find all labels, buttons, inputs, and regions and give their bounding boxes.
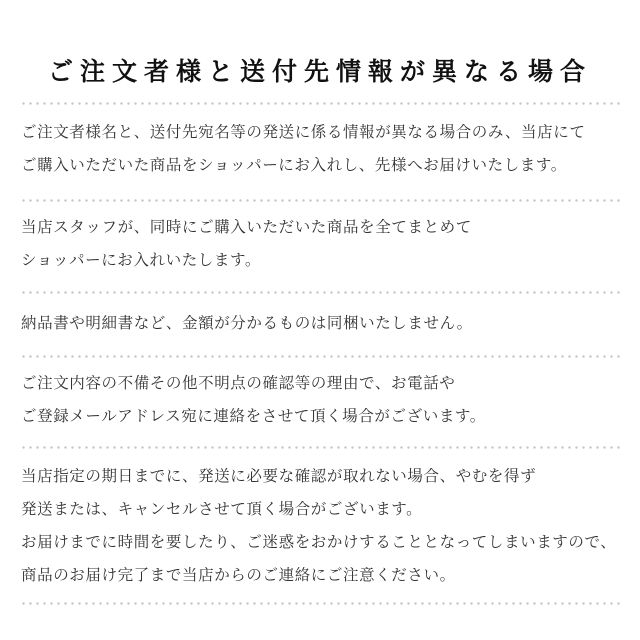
info-section-cancellation: 当店指定の期日までに、発送に必要な確認が取れない場合、やむを得ず 発送または、キ… (21, 460, 631, 592)
section-line: ショッパーにお入れいたします。 (21, 244, 631, 277)
section-line: お届けまでに時間を要したり、ご迷惑をおかけすることとなってしまいますので、 (21, 526, 631, 559)
info-section-no-invoice: 納品書や明細書など、金額が分かるものは同梱いたしません。 (21, 307, 631, 340)
section-line: 発送または、キャンセルさせて頂く場合がございます。 (21, 493, 631, 526)
info-section-staff-packing: 当店スタッフが、同時にご購入いただいた商品を全てまとめて ショッパーにお入れいた… (21, 211, 631, 277)
page-title: ご注文者様と送付先情報が異なる場合 (0, 52, 640, 92)
dotted-divider (20, 602, 620, 605)
section-line: 当店指定の期日までに、発送に必要な確認が取れない場合、やむを得ず (21, 460, 631, 493)
dotted-divider (20, 102, 620, 105)
section-line: 納品書や明細書など、金額が分かるものは同梱いたしません。 (21, 307, 631, 340)
dotted-divider (20, 355, 620, 358)
section-line: ご注文者様名と、送付先宛名等の発送に係る情報が異なる場合のみ、当店にて (21, 116, 631, 149)
dotted-divider (20, 199, 620, 202)
section-line: ご登録メールアドレス宛に連絡をさせて頂く場合がございます。 (21, 400, 631, 433)
dotted-divider (20, 446, 620, 449)
dotted-divider (20, 291, 620, 294)
section-line: ご購入いただいた商品をショッパーにお入れし、先様へお届けいたします。 (21, 149, 631, 182)
info-section-shopper-condition: ご注文者様名と、送付先宛名等の発送に係る情報が異なる場合のみ、当店にて ご購入い… (21, 116, 631, 182)
section-line: 商品のお届け完了まで当店からのご連絡にご注意ください。 (21, 559, 631, 592)
info-section-contact: ご注文内容の不備その他不明点の確認等の理由で、お電話や ご登録メールアドレス宛に… (21, 367, 631, 433)
section-line: ご注文内容の不備その他不明点の確認等の理由で、お電話や (21, 367, 631, 400)
section-line: 当店スタッフが、同時にご購入いただいた商品を全てまとめて (21, 211, 631, 244)
